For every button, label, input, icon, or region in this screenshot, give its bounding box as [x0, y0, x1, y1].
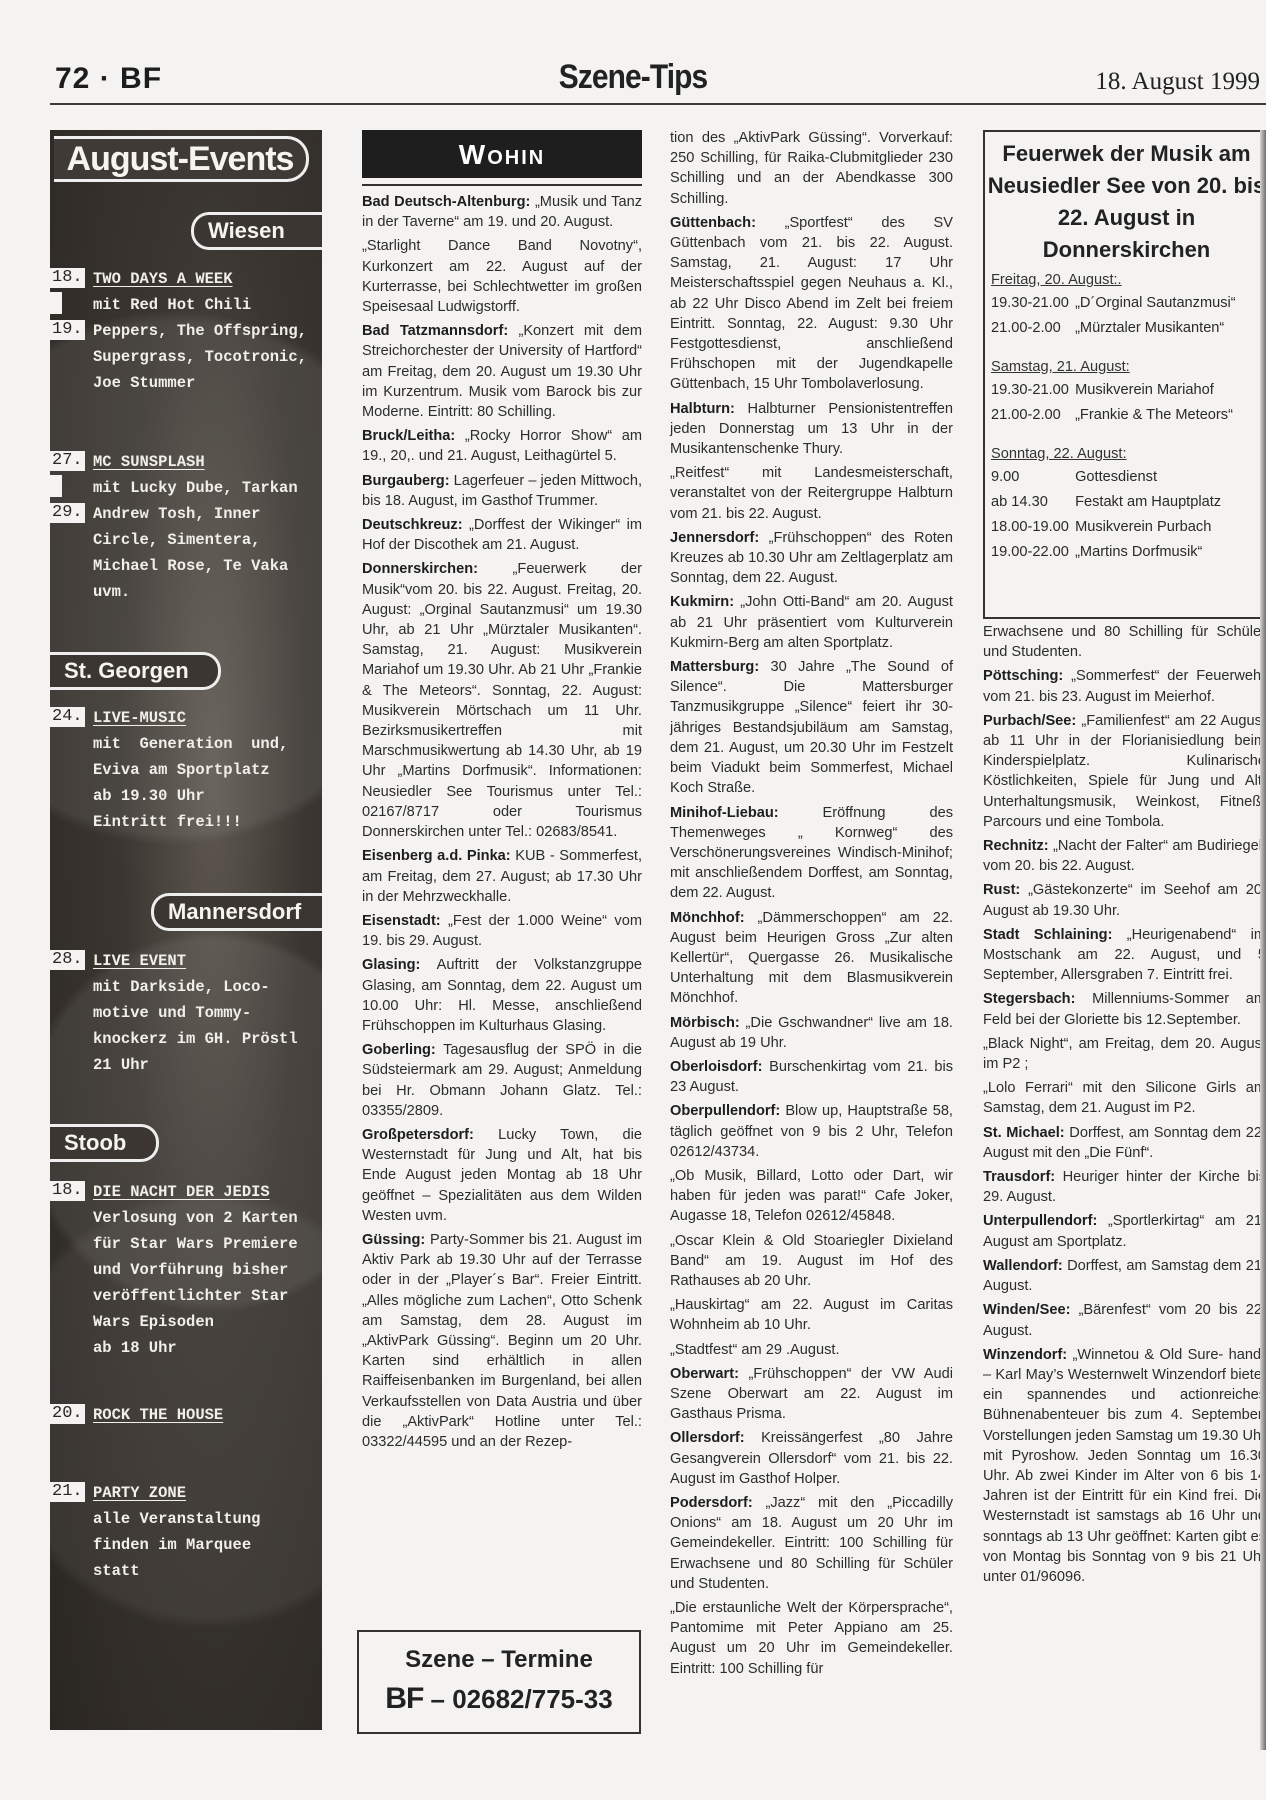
schedule-act: Musikverein Purbach: [1075, 519, 1211, 535]
location-stoob: Stoob: [50, 1124, 159, 1162]
listing-place: Stadt Schlaining:: [983, 927, 1112, 943]
listing-place: Großpetersdorf:: [362, 1127, 474, 1143]
schedule-row: 21.00-2.00 „Frankie & The Meteors“: [991, 403, 1266, 428]
listing-entry: „Reitfest“ mit Landesmeisterschaft, vera…: [670, 463, 953, 524]
event-line: Peppers, The Offspring,: [93, 322, 307, 340]
schedule-day: Samstag, 21. August:: [991, 359, 1262, 375]
listing-place: Unterpullendorf:: [983, 1213, 1097, 1229]
event-date: 18.: [50, 1181, 85, 1201]
schedule-time: ab 14.30: [991, 490, 1071, 515]
listing-place: Oberwart:: [670, 1366, 739, 1382]
schedule-time: 9.00: [991, 465, 1071, 490]
listing-place: Stegersbach:: [983, 991, 1075, 1007]
listing-entry: tion des „AktivPark Güssing“. Vorverkauf…: [670, 128, 953, 209]
listing-entry: Purbach/See: „Familienfest“ am 22 August…: [983, 711, 1266, 832]
listing-entry: Bad Tatzmannsdorf: „Konzert mit dem Stre…: [362, 321, 642, 422]
schedule-row: ab 14.30 Festakt am Hauptplatz: [991, 490, 1266, 515]
listing-text: „Ob Musik, Billard, Lotto oder Dart, wir…: [670, 1168, 953, 1224]
location-st-georgen: St. Georgen: [50, 652, 221, 690]
header-rule: [50, 103, 1266, 105]
event-date: 21.: [50, 1482, 85, 1502]
listing-place: Halbturn:: [670, 401, 735, 417]
listing-text: „Lolo Ferrari“ mit den Silicone Girls am…: [983, 1080, 1266, 1116]
event-line: und Vorführung bisher: [93, 1261, 288, 1279]
schedule-time: 18.00-19.00: [991, 515, 1071, 540]
listing-entry: Wallendorf: Dorffest, am Samstag dem 21.…: [983, 1256, 1266, 1296]
listing-text: „Stadtfest“ am 29 .August.: [670, 1342, 840, 1358]
event-live-event: 28. LIVE EVENT mit Darkside, Loco- motiv…: [50, 948, 322, 1078]
schedule-time: 19.00-22.00: [991, 540, 1071, 565]
event-party-zone: 21. PARTY ZONE alle Veranstaltung finden…: [50, 1480, 322, 1590]
august-events-box: August-Events Wiesen 18. 19. TWO DAYS A …: [50, 130, 322, 1730]
event-line: knockerz im GH. Pröstl: [93, 1030, 298, 1048]
event-text: DIE NACHT DER JEDIS Verlosung von 2 Kart…: [93, 1179, 320, 1361]
listing-entry: Kukmirn: „John Otti-Band“ am 20. August …: [670, 592, 953, 653]
spacer: [985, 341, 1266, 357]
schedule-act: „D´Orginal Sautanzmusi“: [1075, 295, 1236, 311]
page-header: 72 · BF Szene-Tips 18. August 1999: [0, 0, 1266, 110]
listing-place: Wallendorf:: [983, 1258, 1063, 1274]
event-line: 21 Uhr: [93, 1056, 149, 1074]
event-rock-the-house: 20. ROCK THE HOUSE: [50, 1402, 322, 1432]
schedule-time: 19.30-21.00: [991, 291, 1071, 316]
listing-entry: Eisenberg a.d. Pinka: KUB - Sommerfest, …: [362, 846, 642, 907]
listing-text: Party-Sommer bis 21. August im Aktiv Par…: [362, 1232, 642, 1450]
event-line: finden im Marquee: [93, 1536, 251, 1554]
event-line: mit Red Hot Chili: [93, 296, 251, 314]
event-nacht-der-jedis: 18. DIE NACHT DER JEDIS Verlosung von 2 …: [50, 1179, 322, 1359]
listing-entry: Winden/See: „Bärenfest“ vom 20 bis 22. A…: [983, 1300, 1266, 1340]
listing-entry: Burgauberg: Lagerfeuer – jeden Mittwoch,…: [362, 471, 642, 511]
listing-entry: Halbturn: Halbturner Pensionistentreffen…: [670, 399, 953, 460]
termine-title: Szene – Termine: [359, 1646, 639, 1674]
listing-place: Goberling:: [362, 1042, 436, 1058]
section-title: Szene-Tips: [76, 58, 1190, 97]
listing-entry: „Die erstaunliche Welt der Körpersprache…: [670, 1598, 953, 1679]
listing-entry: St. Michael: Dorffest, am Sonntag dem 22…: [983, 1123, 1266, 1163]
event-line: Michael Rose, Te Vaka: [93, 557, 288, 575]
event-text: LIVE-MUSIC mit Generation und, Eviva am …: [93, 705, 320, 835]
listing-entry: Minihof-Liebau: Eröffnung des Themenwege…: [670, 803, 953, 904]
listing-entry: Erwachsene und 80 Schilling für Schüler …: [983, 622, 1266, 662]
wohin-heading: Wohin: [362, 130, 642, 178]
event-line: motive und Tommy-: [93, 1004, 251, 1022]
listing-entry: „Hauskirtag“ am 22. August im Caritas Wo…: [670, 1295, 953, 1335]
date-range-dash: [50, 292, 62, 314]
schedule-day: Freitag, 20. August:.: [991, 272, 1262, 288]
event-title: DIE NACHT DER JEDIS: [93, 1183, 270, 1201]
listing-entry: „Stadtfest“ am 29 .August.: [670, 1340, 953, 1360]
event-line: Andrew Tosh, Inner: [93, 505, 260, 523]
date-range-dash: [50, 475, 62, 497]
event-line: Circle, Simentera,: [93, 531, 260, 549]
event-line: mit Darkside, Loco-: [93, 978, 270, 996]
listing-entry: Trausdorf: Heuriger hinter der Kirche bi…: [983, 1167, 1266, 1207]
listing-entry: Oberwart: „Frühschoppen“ der VW Audi Sze…: [670, 1364, 953, 1425]
listing-place: Rechnitz:: [983, 838, 1049, 854]
listing-text: „Reitfest“ mit Landesmeisterschaft, vera…: [670, 465, 953, 521]
event-line: statt: [93, 1562, 140, 1580]
listing-entry: „Oscar Klein & Old Stoariegler Dixieland…: [670, 1231, 953, 1292]
listing-entry: Rechnitz: „Nacht der Falter“ am Budirieg…: [983, 836, 1266, 876]
event-line: ab 19.30 Uhr: [93, 787, 205, 805]
schedule-row: 21.00-2.00 „Mürztaler Musikanten“: [991, 316, 1266, 341]
events-title: August-Events: [54, 136, 309, 182]
event-title: LIVE-MUSIC: [93, 709, 186, 727]
listing-entry: Mörbisch: „Die Gschwandner“ live am 18. …: [670, 1013, 953, 1053]
listing-place: Donnerskirchen:: [362, 561, 478, 577]
listing-entry: Podersdorf: „Jazz“ mit den „Piccadilly O…: [670, 1493, 953, 1594]
listings-column-4: Erwachsene und 80 Schilling für Schüler …: [983, 622, 1266, 1732]
listing-entry: „Black Night“, am Freitag, dem 20. Augus…: [983, 1034, 1266, 1074]
listing-place: Rust:: [983, 882, 1020, 898]
event-title: ROCK THE HOUSE: [93, 1406, 223, 1424]
listing-place: Ollersdorf:: [670, 1430, 745, 1446]
listing-entry: „Lolo Ferrari“ mit den Silicone Girls am…: [983, 1078, 1266, 1118]
event-line: Supergrass, Tocotronic,: [93, 348, 307, 366]
listing-entry: Glasing: Auftritt der Volkstanzgruppe Gl…: [362, 955, 642, 1036]
listing-text: „Sportfest“ des SV Güttenbach vom 21. bi…: [670, 215, 953, 393]
event-text: PARTY ZONE alle Veranstaltung finden im …: [93, 1480, 320, 1584]
event-title: TWO DAYS A WEEK: [93, 270, 233, 288]
event-line: uvm.: [93, 583, 130, 601]
event-date-end: 29.: [50, 503, 85, 523]
schedule-act: „Martins Dorfmusik“: [1075, 544, 1202, 560]
schedule-row: 19.00-22.00 „Martins Dorfmusik“: [991, 540, 1266, 565]
listing-place: Jennersdorf:: [670, 530, 759, 546]
listing-place: Oberpullendorf:: [670, 1103, 780, 1119]
listing-place: Mattersburg:: [670, 659, 759, 675]
schedule-row: 19.30-21.00 „D´Orginal Sautanzmusi“: [991, 291, 1266, 316]
event-line: Eintritt frei!!!: [93, 813, 242, 831]
listing-place: Trausdorf:: [983, 1169, 1055, 1185]
wohin-title: Wohin: [459, 139, 545, 170]
listing-entry: Rust: „Gästekonzerte“ im Seehof am 20. A…: [983, 880, 1266, 920]
schedule-row: 18.00-19.00 Musikverein Purbach: [991, 515, 1266, 540]
schedule-day: Sonntag, 22. August:: [991, 446, 1262, 462]
listing-entry: Bad Deutsch-Altenburg: „Musik und Tanz i…: [362, 192, 642, 232]
listing-text: 30 Jahre „The Sound of Silence“. Die Mat…: [670, 659, 953, 796]
listing-entry: Unterpullendorf: „Sportlerkirtag“ am 21.…: [983, 1211, 1266, 1251]
event-line: Joe Stummer: [93, 374, 195, 392]
listing-entry: Jennersdorf: „Frühschoppen“ des Roten Kr…: [670, 528, 953, 589]
event-text: ROCK THE HOUSE: [93, 1402, 320, 1428]
listing-entry: Mattersburg: 30 Jahre „The Sound of Sile…: [670, 657, 953, 798]
listing-place: Oberloisdorf:: [670, 1059, 762, 1075]
listing-entry: Ollersdorf: Kreissängerfest „80 Jahre Ge…: [670, 1428, 953, 1489]
listing-entry: Deutschkreuz: „Dorffest der Wikinger“ im…: [362, 515, 642, 555]
listing-place: Pöttsching:: [983, 668, 1063, 684]
schedule-time: 19.30-21.00: [991, 378, 1071, 403]
listings-column-3: tion des „AktivPark Güssing“. Vorverkauf…: [670, 128, 953, 1683]
event-text: MC SUNSPLASH mit Lucky Dube, Tarkan Andr…: [93, 449, 320, 605]
listing-place: Deutschkreuz:: [362, 517, 463, 533]
event-date: 24.: [50, 707, 85, 727]
page-edge: [1260, 130, 1266, 1750]
termine-phone: – 02682/775-33: [423, 1684, 612, 1714]
listing-entry: Stadt Schlaining: „Heurigenabend“ im Mos…: [983, 925, 1266, 986]
listing-entry: Oberpullendorf: Blow up, Hauptstraße 58,…: [670, 1101, 953, 1162]
schedule-time: 21.00-2.00: [991, 316, 1071, 341]
szene-termine-box: Szene – Termine BF – 02682/775-33: [357, 1630, 641, 1734]
schedule-act: „Mürztaler Musikanten“: [1075, 320, 1224, 336]
listing-place: Bad Deutsch-Altenburg:: [362, 194, 530, 210]
listing-place: Eisenberg a.d. Pinka:: [362, 848, 511, 864]
listing-text: „Oscar Klein & Old Stoariegler Dixieland…: [670, 1233, 953, 1289]
schedule-act: Festakt am Hauptplatz: [1075, 494, 1221, 510]
listing-text: „Starlight Dance Band Novotny“, Kurkonze…: [362, 238, 642, 315]
event-date: 18.: [50, 268, 85, 288]
schedule-time: 21.00-2.00: [991, 403, 1071, 428]
event-date: 27.: [50, 451, 85, 471]
listing-entry: Oberloisdorf: Burschenkirtag vom 21. bis…: [670, 1057, 953, 1097]
listing-place: Bad Tatzmannsdorf:: [362, 323, 508, 339]
schedule-act: Gottesdienst: [1075, 469, 1157, 485]
listing-entry: Großpetersdorf: Lucky Town, die Westerns…: [362, 1125, 642, 1226]
event-title: PARTY ZONE: [93, 1484, 186, 1502]
location-mannersdorf: Mannersdorf: [151, 893, 322, 931]
listing-entry: „Starlight Dance Band Novotny“, Kurkonze…: [362, 236, 642, 317]
wohin-listings: Bad Deutsch-Altenburg: „Musik und Tanz i…: [362, 192, 642, 1456]
listing-text: „Hauskirtag“ am 22. August im Caritas Wo…: [670, 1297, 953, 1333]
listing-entry: Bruck/Leitha: „Rocky Horror Show“ am 19.…: [362, 426, 642, 466]
event-line: Verlosung von 2 Karten: [93, 1209, 298, 1227]
listing-text: „Die erstaunliche Welt der Körpersprache…: [670, 1600, 953, 1677]
listing-place: Winden/See:: [983, 1302, 1070, 1318]
termine-phone-line: BF – 02682/775-33: [359, 1682, 639, 1716]
event-date: 28.: [50, 950, 85, 970]
event-line: Eviva am Sportplatz: [93, 761, 270, 779]
listing-text: „Winnetou & Old Sure- hand“ – Karl May’s…: [983, 1347, 1266, 1585]
feuerwerk-schedule: Freitag, 20. August:.19.30-21.00 „D´Orgi…: [985, 272, 1266, 565]
event-line: für Star Wars Premiere: [93, 1235, 298, 1253]
event-line: ab 18 Uhr: [93, 1339, 177, 1357]
listing-entry: Stegersbach: Millenniums-Sommer am Feld …: [983, 989, 1266, 1029]
listing-entry: Goberling: Tagesausflug der SPÖ in die S…: [362, 1040, 642, 1121]
listing-text: „Gästekonzerte“ im Seehof am 20. August …: [983, 882, 1266, 918]
listing-place: St. Michael:: [983, 1125, 1065, 1141]
listing-entry: Güssing: Party-Sommer bis 21. August im …: [362, 1230, 642, 1452]
listing-text: „Familienfest“ am 22 August ab 11 Uhr in…: [983, 713, 1266, 830]
listing-place: Purbach/See:: [983, 713, 1076, 729]
issue-date: 18. August 1999: [1095, 68, 1260, 96]
event-mc-sunsplash: 27. 29. MC SUNSPLASH mit Lucky Dube, Tar…: [50, 449, 322, 599]
listing-entry: Donnerskirchen: „Feuerwerk der Musik“vom…: [362, 559, 642, 842]
location-wiesen: Wiesen: [191, 212, 322, 250]
event-line: Wars Episoden: [93, 1313, 214, 1331]
listing-text: Erwachsene und 80 Schilling für Schüler …: [983, 624, 1266, 660]
bf-logo: BF: [385, 1682, 423, 1715]
listing-place: Eisenstadt:: [362, 913, 441, 929]
listing-entry: Güttenbach: „Sportfest“ des SV Güttenbac…: [670, 213, 953, 395]
listing-text: „Feuerwerk der Musik“vom 20. bis 22. Aug…: [362, 561, 642, 840]
event-text: LIVE EVENT mit Darkside, Loco- motive un…: [93, 948, 320, 1078]
spacer: [985, 428, 1266, 444]
listing-place: Güssing:: [362, 1232, 425, 1248]
listing-place: Güttenbach:: [670, 215, 756, 231]
listing-place: Bruck/Leitha:: [362, 428, 455, 444]
event-title: MC SUNSPLASH: [93, 453, 205, 471]
schedule-act: „Frankie & The Meteors“: [1075, 407, 1233, 423]
event-text: TWO DAYS A WEEK mit Red Hot Chili Pepper…: [93, 266, 320, 396]
event-two-days-a-week: 18. 19. TWO DAYS A WEEK mit Red Hot Chil…: [50, 266, 322, 396]
listing-entry: Eisenstadt: „Fest der 1.000 Weine“ vom 1…: [362, 911, 642, 951]
listing-entry: Winzendorf: „Winnetou & Old Sure- hand“ …: [983, 1345, 1266, 1587]
event-line: alle Veranstaltung: [93, 1510, 260, 1528]
listing-text: „Black Night“, am Freitag, dem 20. Augus…: [983, 1036, 1266, 1072]
event-line: mit Generation und,: [93, 735, 288, 753]
feuerwerk-title: Feuerwek der Musik am Neusiedler See von…: [985, 138, 1266, 266]
schedule-row: 9.00 Gottesdienst: [991, 465, 1266, 490]
feuerwerk-box: Feuerwek der Musik am Neusiedler See von…: [983, 130, 1266, 619]
event-line: mit Lucky Dube, Tarkan: [93, 479, 298, 497]
listing-place: Mörbisch:: [670, 1015, 740, 1031]
listing-place: Burgauberg:: [362, 473, 450, 489]
schedule-row: 19.30-21.00 Musikverein Mariahof: [991, 378, 1266, 403]
schedule-act: Musikverein Mariahof: [1075, 382, 1214, 398]
event-date: 20.: [50, 1404, 85, 1424]
listing-place: Podersdorf:: [670, 1495, 753, 1511]
listing-place: Minihof-Liebau:: [670, 805, 779, 821]
event-line: veröffentlichter Star: [93, 1287, 288, 1305]
wohin-rule: [362, 184, 642, 186]
listing-place: Winzendorf:: [983, 1347, 1067, 1363]
listing-place: Mönchhof:: [670, 910, 745, 926]
listing-place: Glasing:: [362, 957, 420, 973]
listing-place: Kukmirn:: [670, 594, 734, 610]
listing-entry: „Ob Musik, Billard, Lotto oder Dart, wir…: [670, 1166, 953, 1227]
listing-entry: Mönchhof: „Dämmerschoppen“ am 22. August…: [670, 908, 953, 1009]
listing-entry: Pöttsching: „Sommerfest“ der Feuerwehr v…: [983, 666, 1266, 706]
event-title: LIVE EVENT: [93, 952, 186, 970]
event-date-end: 19.: [50, 320, 85, 340]
listing-text: tion des „AktivPark Güssing“. Vorverkauf…: [670, 130, 953, 207]
event-live-music: 24. LIVE-MUSIC mit Generation und, Eviva…: [50, 705, 322, 835]
